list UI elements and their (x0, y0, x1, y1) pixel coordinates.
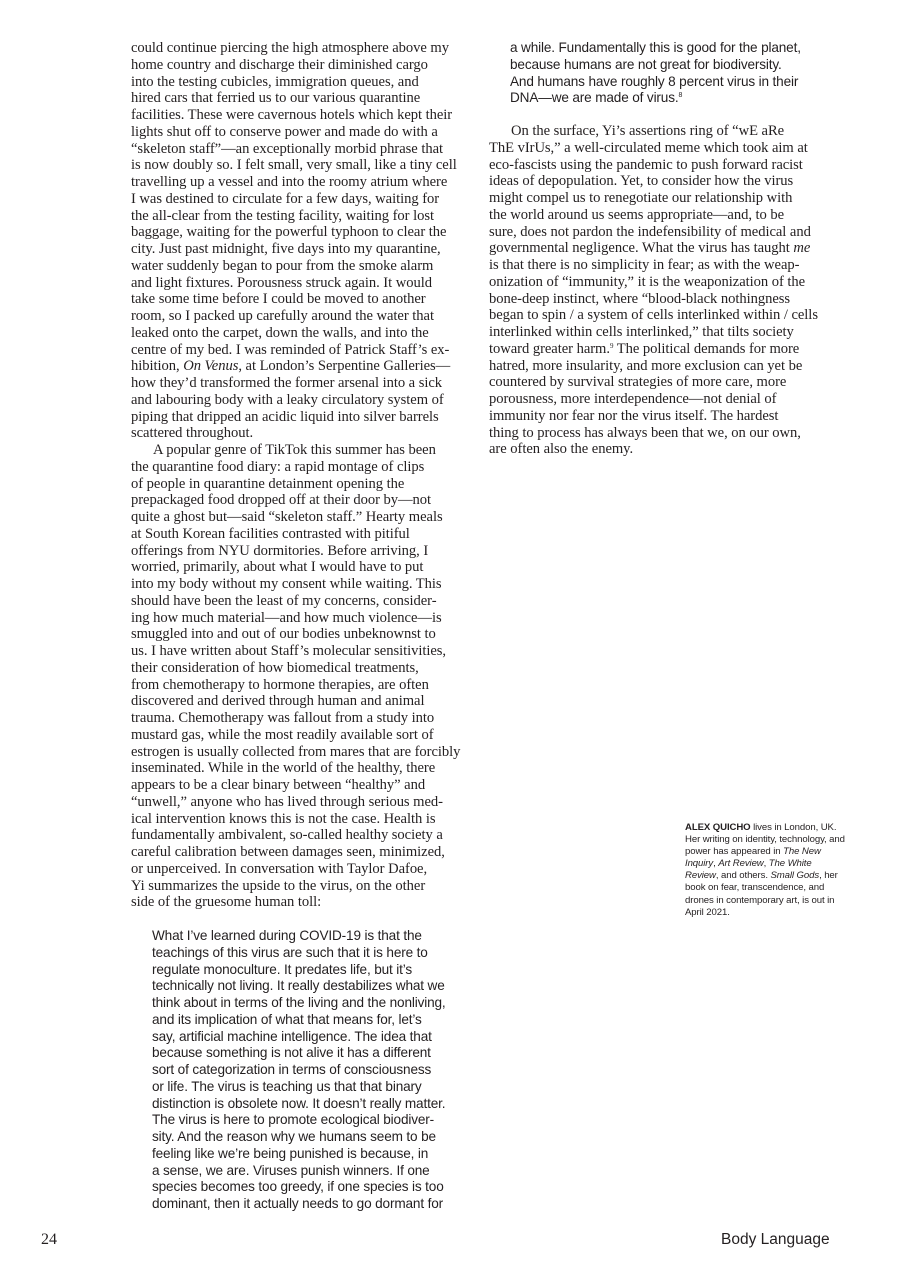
text-line: into my body without my consent while wa… (131, 576, 476, 593)
text-line: discovered and derived through human and… (131, 693, 476, 710)
text-line: scattered throughout. (131, 425, 476, 442)
right-column: a while. Fundamentally this is good for … (489, 40, 834, 458)
text-line: countered by survival strategies of more… (489, 374, 834, 391)
text-line: hatred, more insularity, and more exclus… (489, 358, 834, 375)
paragraph-3: On the surface, Yi’s assertions ring of … (489, 123, 834, 458)
text-line: porousness, more interdependence—not den… (489, 391, 834, 408)
text-line: interlinked within cells interlinked,” t… (489, 324, 834, 341)
block-quote: What I’ve learned during COVID-19 is tha… (152, 928, 482, 1213)
text-line: onization of “immunity,” it is the weapo… (489, 274, 834, 291)
text-line: bone-deep instinct, where “blood-black n… (489, 291, 834, 308)
harm-line: toward greater harm.9 The political dema… (489, 341, 834, 358)
text-line: What I’ve learned during COVID-19 is tha… (152, 928, 482, 945)
text-line: baggage, waiting for the powerful typhoo… (131, 224, 476, 241)
footnote-8: 8 (679, 92, 683, 99)
text-line: began to spin / a system of cells interl… (489, 307, 834, 324)
text-line: city. Just past midnight, five days into… (131, 241, 476, 258)
text-line: And humans have roughly 8 percent virus … (510, 74, 834, 91)
text-line: prepackaged food dropped off at their do… (131, 492, 476, 509)
text-line: species becomes too greedy, if one speci… (152, 1179, 482, 1196)
text-line: feeling like we’re being punished is bec… (152, 1146, 482, 1163)
text-line: might compel us to renegotiate our relat… (489, 190, 834, 207)
text-line: at South Korean facilities contrasted wi… (131, 526, 476, 543)
text-line: On the surface, Yi’s assertions ring of … (489, 123, 834, 140)
text-line: think about in terms of the living and t… (152, 995, 482, 1012)
text-line: Yi summarizes the upside to the virus, o… (131, 878, 476, 895)
text-line: room, so I packed up carefully around th… (131, 308, 476, 325)
text-line: teachings of this virus are such that it… (152, 945, 482, 962)
paragraph-1-tail: how they’d transformed the former arsena… (131, 375, 476, 442)
text-line: side of the gruesome human toll: (131, 894, 476, 911)
text-line: facilities. These were cavernous hotels … (131, 107, 476, 124)
text-line: inseminated. While in the world of the h… (131, 760, 476, 777)
text-line: how they’d transformed the former arsena… (131, 375, 476, 392)
text-line: and labouring body with a leaky circulat… (131, 392, 476, 409)
text-line: distinction is obsolete now. It doesn’t … (152, 1096, 482, 1113)
text-line: or unperceived. In conversation with Tay… (131, 861, 476, 878)
quote-last-line: DNA—we are made of virus.8 (510, 90, 834, 107)
paragraph-1-lines: could continue piercing the high atmosph… (131, 40, 476, 358)
text-line: mustard gas, while the most readily avai… (131, 727, 476, 744)
left-column: could continue piercing the high atmosph… (131, 40, 476, 911)
text-line: sort of categorization in terms of consc… (152, 1062, 482, 1079)
text-line: A popular genre of TikTok this summer ha… (131, 442, 476, 459)
text-line: a while. Fundamentally this is good for … (510, 40, 834, 57)
text-line: or life. The virus is teaching us that t… (152, 1079, 482, 1096)
text-line: ThE vIrUs,” a well-circulated meme which… (489, 140, 834, 157)
text-line: “skeleton staff”—an exceptionally morbid… (131, 141, 476, 158)
text-line: and its implication of what that means f… (152, 1012, 482, 1029)
text-line: appears to be a clear binary between “he… (131, 777, 476, 794)
text-line: from chemotherapy to hormone therapies, … (131, 677, 476, 694)
author-bio: ALEX QUICHO lives in London, UK. Her wri… (685, 822, 845, 919)
text-line: the world around us seems appropriate—an… (489, 207, 834, 224)
text-line: of people in quarantine detainment openi… (131, 476, 476, 493)
text-line: hired cars that ferried us to our variou… (131, 90, 476, 107)
text-line: a sense, we are. Viruses punish winners.… (152, 1163, 482, 1180)
text-line: sity. And the reason why we humans seem … (152, 1129, 482, 1146)
text-line: is that there is no simplicity in fear; … (489, 257, 834, 274)
block-quote-lines: What I’ve learned during COVID-19 is tha… (152, 928, 482, 1213)
text-line: ical intervention knows this is not the … (131, 811, 476, 828)
text-line: because something is not alive it has a … (152, 1045, 482, 1062)
emphasis-me: me (793, 240, 810, 256)
page-number: 24 (41, 1231, 57, 1249)
text-line: estrogen is usually collected from mares… (131, 744, 476, 761)
text-line: are often also the enemy. (489, 441, 834, 458)
text-line: home country and discharge their diminis… (131, 57, 476, 74)
text-line: smuggled into and out of our bodies unbe… (131, 626, 476, 643)
text-line: into the testing cubicles, immigration q… (131, 74, 476, 91)
exhibition-title: On Venus (183, 358, 238, 374)
running-title: Body Language (721, 1231, 830, 1249)
text-line: centre of my bed. I was reminded of Patr… (131, 342, 476, 359)
text-line: dominant, then it actually needs to go d… (152, 1196, 482, 1213)
text-line: eco-fascists using the pandemic to push … (489, 157, 834, 174)
text-line: ideas of depopulation. Yet, to consider … (489, 173, 834, 190)
taught-line: governmental negligence. What the virus … (489, 240, 834, 257)
text-line: worried, primarily, about what I would h… (131, 559, 476, 576)
text-line: water suddenly began to pour from the sm… (131, 258, 476, 275)
text-line: the all-clear from the testing facility,… (131, 208, 476, 225)
book-title: Small Gods (770, 870, 819, 881)
text-line: fundamentally ambivalent, so-called heal… (131, 827, 476, 844)
text-line: and light fixtures. Porousness struck ag… (131, 275, 476, 292)
text-line: could continue piercing the high atmosph… (131, 40, 476, 57)
text-line: offerings from NYU dormitories. Before a… (131, 543, 476, 560)
text-line: technically not living. It really destab… (152, 978, 482, 995)
text-line: should have been the least of my concern… (131, 593, 476, 610)
text-line: careful calibration between damages seen… (131, 844, 476, 861)
text-line: “unwell,” anyone who has lived through s… (131, 794, 476, 811)
text-line: the quarantine food diary: a rapid monta… (131, 459, 476, 476)
text-line: I was destined to circulate for a few da… (131, 191, 476, 208)
text-line: us. I have written about Staff’s molecul… (131, 643, 476, 660)
text-line: take some time before I could be moved t… (131, 291, 476, 308)
text-line: leaked onto the carpet, down the walls, … (131, 325, 476, 342)
publication-title: Art Review (718, 858, 763, 869)
text-line: because humans are not great for biodive… (510, 57, 834, 74)
paragraph-1: could continue piercing the high atmosph… (131, 40, 476, 442)
text-line: regulate monoculture. It predates life, … (152, 962, 482, 979)
text-line: lights shut off to conserve power and ma… (131, 124, 476, 141)
text-line: travelling up a vessel and into the room… (131, 174, 476, 191)
author-name: ALEX QUICHO (685, 822, 751, 833)
text-line: is now doubly so. I felt small, very sma… (131, 157, 476, 174)
text-line: quite a ghost but—said “skeleton staff.”… (131, 509, 476, 526)
text-line: immunity nor fear nor the virus itself. … (489, 408, 834, 425)
text-line: trauma. Chemotherapy was fallout from a … (131, 710, 476, 727)
text-line: sure, does not pardon the indefensibilit… (489, 224, 834, 241)
text-line: piping that dripped an acidic liquid int… (131, 409, 476, 426)
text-line: thing to process has always been that we… (489, 425, 834, 442)
exhibition-line: hibition, On Venus, at London’s Serpenti… (131, 358, 476, 375)
text-line: The virus is here to promote ecological … (152, 1112, 482, 1129)
text-line: say, artificial machine intelligence. Th… (152, 1029, 482, 1046)
text-line: their consideration of how biomedical tr… (131, 660, 476, 677)
block-quote-continuation: a while. Fundamentally this is good for … (510, 40, 834, 107)
paragraph-2: A popular genre of TikTok this summer ha… (131, 442, 476, 911)
text-line: ing how much material—and how much viole… (131, 610, 476, 627)
